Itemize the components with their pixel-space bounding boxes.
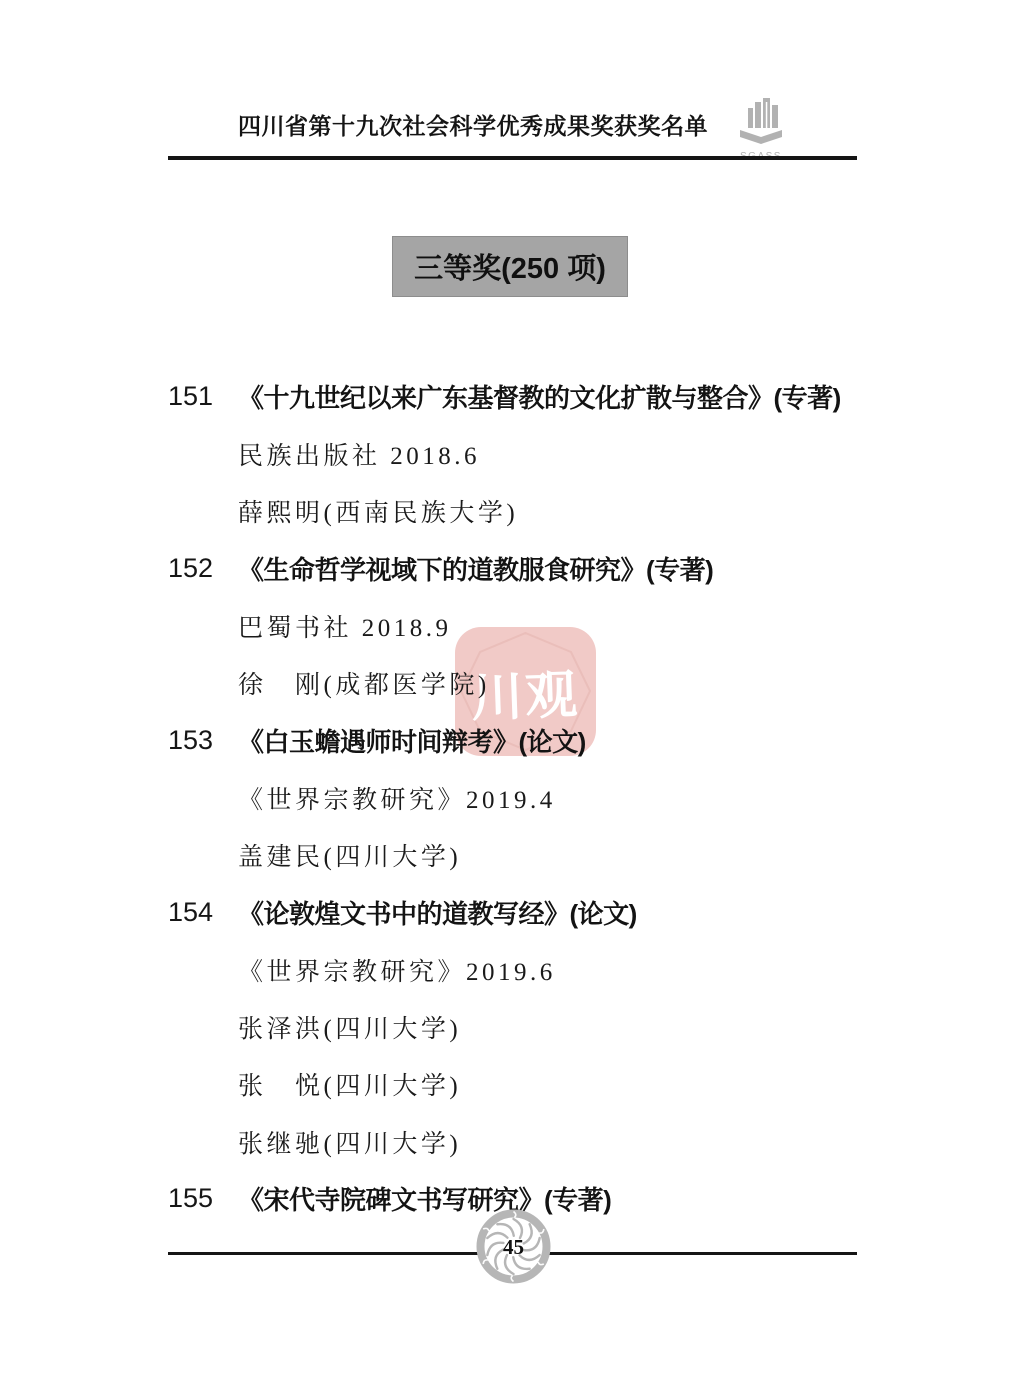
entry-title-row: 153 《白玉蟾遇师时间辩考》(论文)	[168, 712, 888, 769]
sgass-logo: SGASS	[730, 96, 792, 162]
document-page: 四川省第十九次社会科学优秀成果奖获奖名单 SGASS 三等奖(250 项) 川观	[0, 0, 1024, 1380]
entry-title: 《生命哲学视域下的道教服食研究》(专著)	[238, 550, 713, 587]
entry-detail-line: 《世界宗教研究》2019.4	[238, 769, 888, 826]
entry-details: 《世界宗教研究》2019.4盖建民(四川大学)	[168, 769, 888, 884]
entry-number: 151	[168, 381, 238, 412]
sunbird-emblem-icon: 45	[476, 1209, 551, 1284]
sunbird-emblem: 45	[476, 1209, 551, 1284]
entry-detail-line: 张继驰(四川大学)	[238, 1113, 888, 1170]
entry-title: 《宋代寺院碑文书写研究》(专著)	[238, 1180, 611, 1217]
section-title-box: 三等奖(250 项)	[392, 236, 628, 297]
entry-title-row: 154 《论敦煌文书中的道教写经》(论文)	[168, 884, 888, 941]
sgass-logo-icon	[730, 96, 792, 148]
entries-list: 151 《十九世纪以来广东基督教的文化扩散与整合》(专著) 民族出版社 2018…	[168, 368, 888, 1227]
page-number: 45	[503, 1235, 524, 1259]
entry-number: 155	[168, 1183, 238, 1214]
entry-details: 民族出版社 2018.6薛熙明(西南民族大学)	[168, 425, 888, 540]
entry-title: 《论敦煌文书中的道教写经》(论文)	[238, 894, 637, 931]
entry-number: 154	[168, 897, 238, 928]
entry-number: 152	[168, 553, 238, 584]
entry-title-row: 151 《十九世纪以来广东基督教的文化扩散与整合》(专著)	[168, 368, 888, 425]
award-entry: 153 《白玉蟾遇师时间辩考》(论文) 《世界宗教研究》2019.4盖建民(四川…	[168, 712, 888, 884]
entry-details: 《世界宗教研究》2019.6张泽洪(四川大学)张 悦(四川大学)张继驰(四川大学…	[168, 941, 888, 1170]
entry-title: 《十九世纪以来广东基督教的文化扩散与整合》(专著)	[238, 378, 841, 415]
entry-detail-line: 张泽洪(四川大学)	[238, 998, 888, 1055]
entry-title: 《白玉蟾遇师时间辩考》(论文)	[238, 722, 586, 759]
entry-number: 153	[168, 725, 238, 756]
entry-title-row: 152 《生命哲学视域下的道教服食研究》(专著)	[168, 540, 888, 597]
entry-detail-line: 巴蜀书社 2018.9	[238, 597, 888, 654]
entry-details: 巴蜀书社 2018.9徐 刚(成都医学院)	[168, 597, 888, 712]
entry-detail-line: 张 悦(四川大学)	[238, 1056, 888, 1113]
entry-detail-line: 民族出版社 2018.6	[238, 425, 888, 482]
award-entry: 151 《十九世纪以来广东基督教的文化扩散与整合》(专著) 民族出版社 2018…	[168, 368, 888, 540]
entry-detail-line: 徐 刚(成都医学院)	[238, 654, 888, 711]
entry-detail-line: 薛熙明(西南民族大学)	[238, 483, 888, 540]
section-title: 三等奖(250 项)	[414, 246, 606, 287]
entry-detail-line: 《世界宗教研究》2019.6	[238, 941, 888, 998]
award-entry: 152 《生命哲学视域下的道教服食研究》(专著) 巴蜀书社 2018.9徐 刚(…	[168, 540, 888, 712]
entry-detail-line: 盖建民(四川大学)	[238, 826, 888, 883]
page-header-title: 四川省第十九次社会科学优秀成果奖获奖名单	[238, 108, 724, 141]
header-rule	[168, 156, 857, 160]
award-entry: 154 《论敦煌文书中的道教写经》(论文) 《世界宗教研究》2019.6张泽洪(…	[168, 884, 888, 1170]
